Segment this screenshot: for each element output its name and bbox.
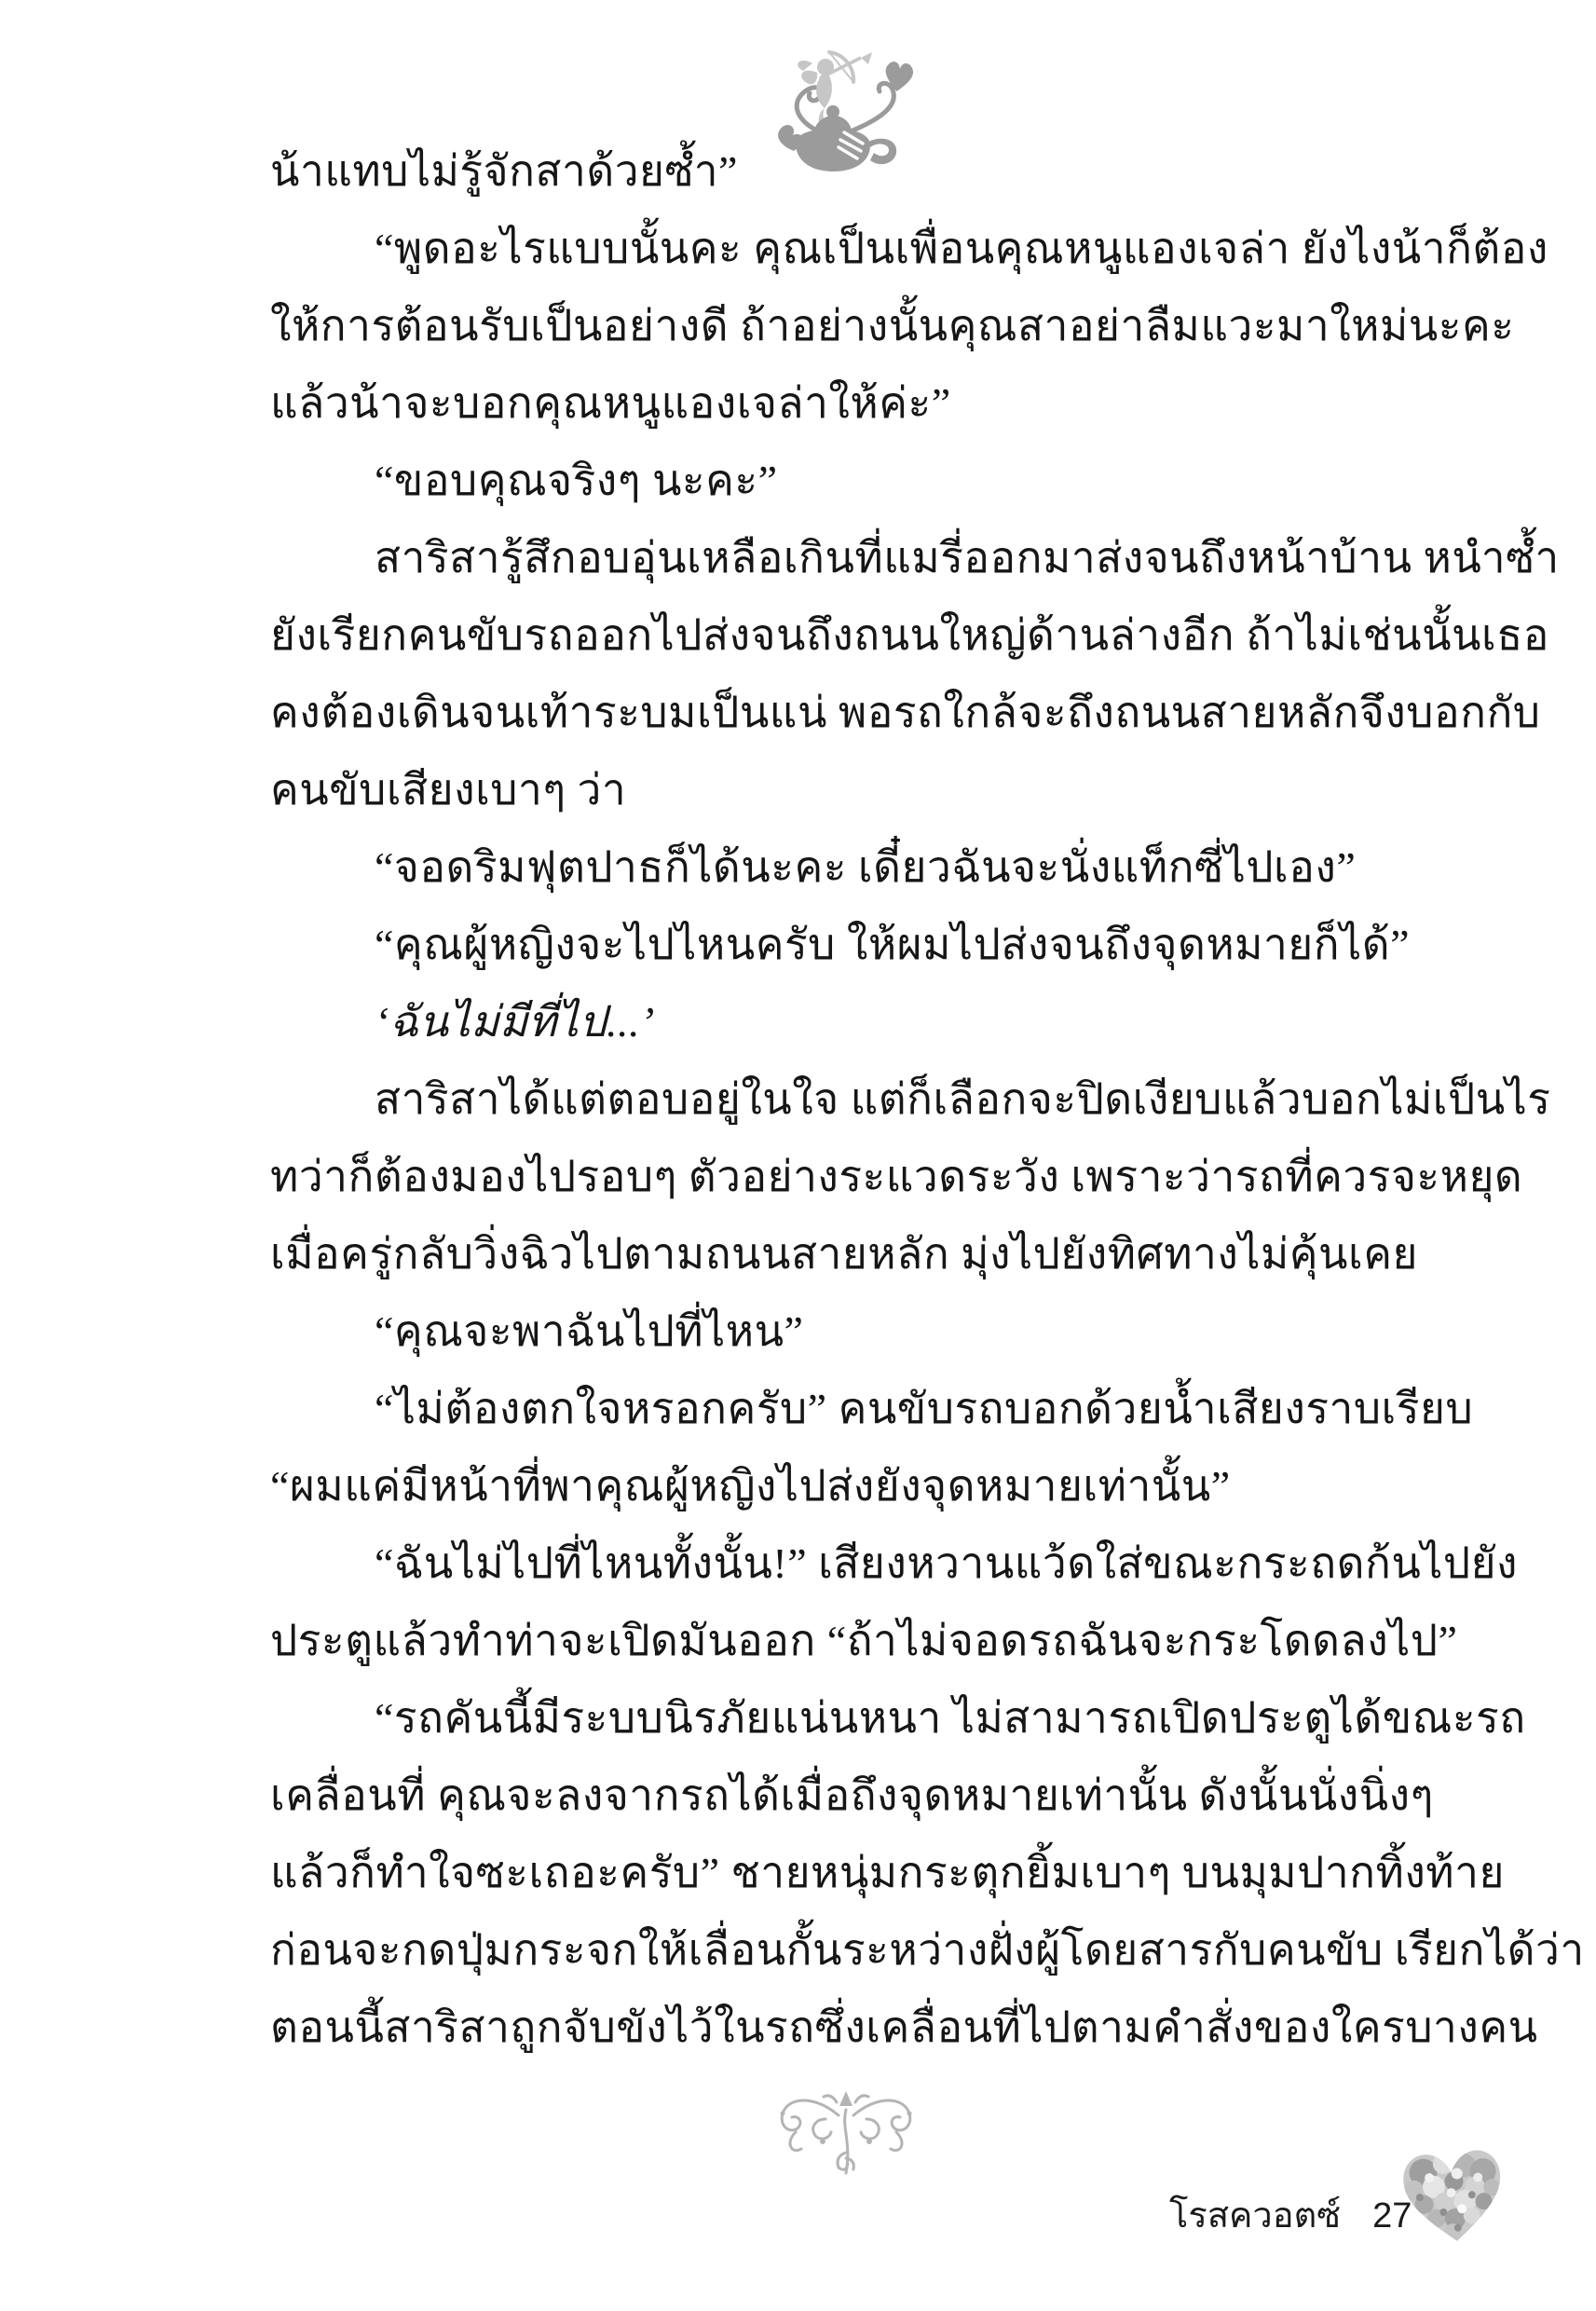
text-line: แล้วน้าจะบอกคุณหนูแองเจล่าให้ค่ะ” <box>270 364 1425 442</box>
text-line: “จอดริมฟุตปาธก็ได้นะคะ เดี๋ยวฉันจะนั่งแท… <box>270 828 1425 906</box>
text-line: เคลื่อนที่ คุณจะลงจากรถได้เมื่อถึงจุดหมา… <box>270 1757 1425 1834</box>
text-line: “คุณจะพาฉันไปที่ไหน” <box>270 1292 1425 1370</box>
page-footer: โรสควอตซ์ 27 <box>1169 2186 1412 2243</box>
text-line: สาริสารู้สึกอบอุ่นเหลือเกินที่แมรี่ออกมา… <box>270 519 1425 596</box>
text-line: “ขอบคุณจริงๆ นะคะ” <box>270 442 1425 519</box>
body-text: น้าแทบไม่รู้จักสาด้วยซ้ำ”“พูดอะไรแบบนั้น… <box>270 132 1425 2066</box>
book-page: น้าแทบไม่รู้จักสาด้วยซ้ำ”“พูดอะไรแบบนั้น… <box>0 0 1596 2311</box>
text-line: ยังเรียกคนขับรถออกไปส่งจนถึงถนนใหญ่ด้านล… <box>270 596 1425 674</box>
text-line: “คุณผู้หญิงจะไปไหนครับ ให้ผมไปส่งจนถึงจุ… <box>270 906 1425 983</box>
text-line: น้าแทบไม่รู้จักสาด้วยซ้ำ” <box>270 132 1425 210</box>
floral-heart-image-icon <box>1393 2140 1513 2254</box>
text-line: “พูดอะไรแบบนั้นคะ คุณเป็นเพื่อนคุณหนูแอง… <box>270 210 1425 287</box>
text-line: เมื่อครู่กลับวิ่งฉิวไปตามถนนสายหลัก มุ่ง… <box>270 1215 1425 1292</box>
text-line: ประตูแล้วทำท่าจะเปิดมันออก “ถ้าไม่จอดรถฉ… <box>270 1602 1425 1679</box>
text-line: ก่อนจะกดปุ่มกระจกให้เลื่อนกั้นระหว่างฝั่… <box>270 1911 1425 1989</box>
text-line: “ผมแค่มีหน้าที่พาคุณผู้หญิงไปส่งยังจุดหม… <box>270 1447 1425 1525</box>
text-line: “ฉันไม่ไปที่ไหนทั้งนั้น!” เสียงหวานแว้ดใ… <box>270 1525 1425 1602</box>
text-line: แล้วก็ทำใจซะเถอะครับ” ชายหนุ่มกระตุกยิ้ม… <box>270 1834 1425 1911</box>
text-line: ให้การต้อนรับเป็นอย่างดี ถ้าอย่างนั้นคุณ… <box>270 287 1425 364</box>
text-line: “ไม่ต้องตกใจหรอกครับ” คนขับรถบอกด้วยน้ำเ… <box>270 1370 1425 1447</box>
text-line: สาริสาได้แต่ตอบอยู่ในใจ แต่ก็เลือกจะปิดเ… <box>270 1060 1425 1138</box>
text-line: คงต้องเดินจนเท้าระบมเป็นแน่ พอรถใกล้จะถึ… <box>270 674 1425 751</box>
text-line: คนขับเสียงเบาๆ ว่า <box>270 751 1425 828</box>
text-line: “รถคันนี้มีระบบนิรภัยแน่นหนา ไม่สามารถเป… <box>270 1679 1425 1757</box>
text-line: ทว่าก็ต้องมองไปรอบๆ ตัวอย่างระแวดระวัง เ… <box>270 1138 1425 1215</box>
text-line: ‘ฉันไม่มีที่ไป...’ <box>270 983 1425 1060</box>
book-title: โรสควอตซ์ <box>1169 2186 1341 2243</box>
floral-flourish-divider-icon <box>734 2087 958 2177</box>
text-line: ตอนนี้สาริสาถูกจับขังไว้ในรถซึ่งเคลื่อนท… <box>270 1989 1425 2066</box>
